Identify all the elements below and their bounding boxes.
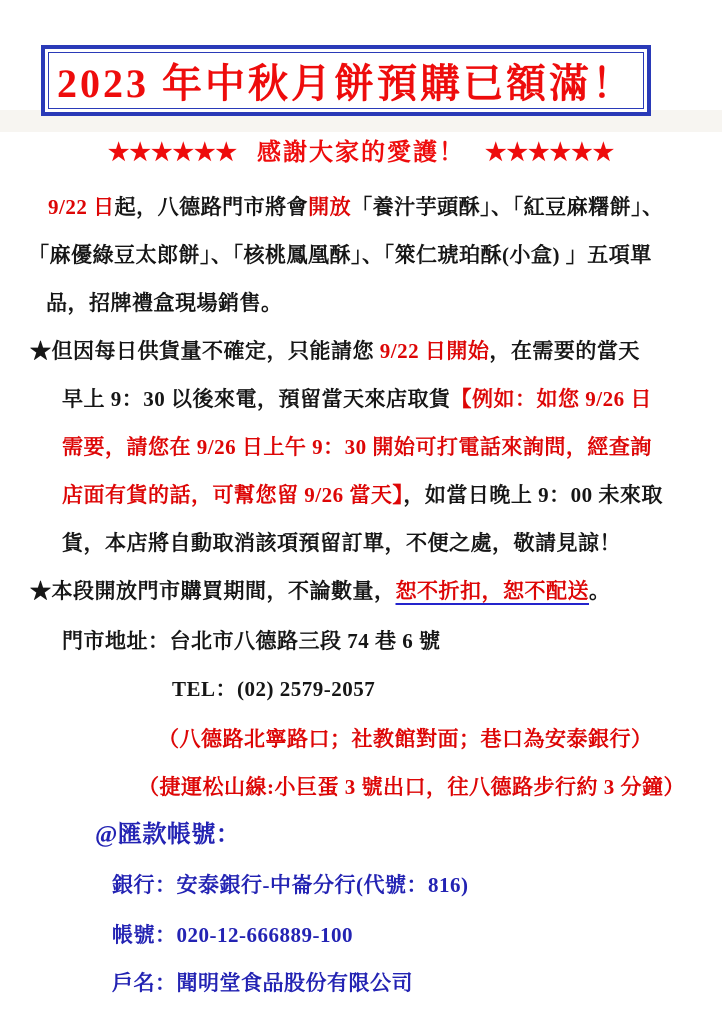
text-segment: ，如當日晚上 9：00 未來取 bbox=[403, 483, 663, 507]
subtitle-text: 感謝大家的愛護！ bbox=[257, 140, 465, 166]
text-segment: 需要，請您在 9/26 日上午 9：30 開始可打電話來詢問，經查詢 bbox=[62, 435, 652, 459]
body-line-6: 需要，請您在 9/26 日上午 9：30 開始可打電話來詢問，經查詢 bbox=[62, 432, 652, 462]
body-line-11: TEL：(02) 2579-2057 bbox=[172, 674, 375, 704]
text-segment: （八德路北寧路口；社教館對面；巷口為安泰銀行） bbox=[158, 727, 653, 751]
body-line-16: 帳號：020-12-666889-100 bbox=[112, 920, 353, 950]
text-segment: 戶名：聞明堂食品股份有限公司 bbox=[112, 971, 413, 995]
text-segment: （捷運松山線:小巨蛋 3 號出口，往八德路步行約 3 分鐘） bbox=[138, 775, 685, 799]
text-segment: 。 bbox=[589, 579, 611, 603]
text-segment: 開放 bbox=[308, 195, 351, 219]
body-line-8: 貨，本店將自動取消該項預留訂單，不便之處，敬請見諒！ bbox=[62, 528, 621, 558]
body-line-10: 門市地址：台北市八德路三段 74 巷 6 號 bbox=[62, 626, 441, 656]
text-segment: 「養汁芋頭酥」、「紅豆麻糬餅」、 bbox=[351, 195, 664, 219]
text-segment: 門市地址：台北市八德路三段 74 巷 6 號 bbox=[62, 629, 441, 653]
body-line-17: 戶名：聞明堂食品股份有限公司 bbox=[112, 968, 413, 998]
body-line-15: 銀行：安泰銀行-中崙分行(代號：816) bbox=[112, 870, 468, 900]
body-line-13: （捷運松山線:小巨蛋 3 號出口，往八德路步行約 3 分鐘） bbox=[138, 772, 685, 802]
body-line-9: ★本段開放門市購買期間，不論數量，恕不折扣，恕不配送。 bbox=[30, 576, 611, 606]
notice-page: 2023 年中秋月餅預購已額滿！ ★★★★★★ 感謝大家的愛護！ ★★★★★★ … bbox=[0, 0, 722, 1034]
body-line-5: 早上 9：30 以後來電，預留當天來店取貨【例如：如您 9/26 日 bbox=[62, 384, 652, 414]
text-segment: 9/22 日開始 bbox=[380, 339, 490, 363]
text-segment: ★但因每日供貨量不確定，只能請您 bbox=[30, 339, 380, 363]
title-box-inner: 2023 年中秋月餅預購已額滿！ bbox=[48, 52, 644, 109]
text-segment: @匯款帳號： bbox=[95, 822, 240, 848]
text-segment: 9/22 日 bbox=[48, 195, 115, 219]
text-segment: ★本段開放門市購買期間，不論數量， bbox=[30, 579, 396, 603]
text-segment: 銀行：安泰銀行-中崙分行(代號：816) bbox=[112, 873, 468, 897]
text-segment: 帳號：020-12-666889-100 bbox=[112, 923, 353, 947]
stars-right-icon: ★★★★★★ bbox=[485, 140, 614, 166]
body-line-7: 店面有貨的話，可幫您留 9/26 當天】，如當日晚上 9：00 未來取 bbox=[62, 480, 663, 510]
body-line-2: 「麻優綠豆太郎餅」、「核桃鳳凰酥」、「箂仁琥珀酥(小盒) 」五項單 bbox=[28, 240, 652, 270]
text-segment: 恕不折扣，恕不配送 bbox=[396, 579, 590, 603]
body-line-12: （八德路北寧路口；社教館對面；巷口為安泰銀行） bbox=[158, 724, 653, 754]
text-segment: TEL：(02) 2579-2057 bbox=[172, 677, 375, 701]
text-segment: 起，八德路門市將會 bbox=[115, 195, 309, 219]
title-box: 2023 年中秋月餅預購已額滿！ bbox=[41, 45, 651, 116]
body-line-1: 9/22 日起，八德路門市將會開放「養汁芋頭酥」、「紅豆麻糬餅」、 bbox=[48, 192, 664, 222]
body-line-4: ★但因每日供貨量不確定，只能請您 9/22 日開始，在需要的當天 bbox=[30, 336, 640, 366]
page-title: 2023 年中秋月餅預購已額滿！ bbox=[57, 52, 635, 109]
text-segment: 品，招牌禮盒現場銷售。 bbox=[46, 291, 283, 315]
subtitle-line: ★★★★★★ 感謝大家的愛護！ ★★★★★★ bbox=[0, 132, 722, 167]
text-segment: 店面有貨的話，可幫您留 9/26 當天】 bbox=[62, 483, 403, 507]
body-line-3: 品，招牌禮盒現場銷售。 bbox=[46, 288, 283, 318]
text-segment: 貨，本店將自動取消該項預留訂單，不便之處，敬請見諒！ bbox=[62, 531, 621, 555]
body-line-14: @匯款帳號： bbox=[95, 820, 240, 850]
text-segment: 「麻優綠豆太郎餅」、「核桃鳳凰酥」、「箂仁琥珀酥(小盒) 」五項單 bbox=[28, 243, 652, 267]
stars-left-icon: ★★★★★★ bbox=[108, 140, 237, 166]
text-segment: 【例如：如您 9/26 日 bbox=[451, 387, 652, 411]
text-segment: 早上 9：30 以後來電，預留當天來店取貨 bbox=[62, 387, 451, 411]
text-segment: ，在需要的當天 bbox=[489, 339, 640, 363]
